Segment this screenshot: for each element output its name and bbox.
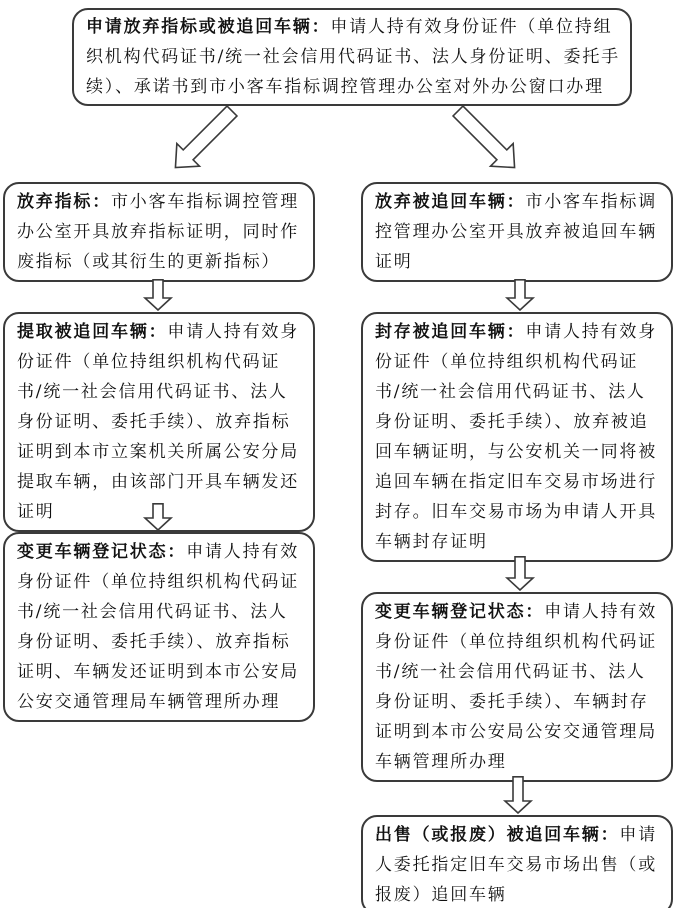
down-arrow-icon — [140, 279, 176, 311]
flowchart-canvas: 申请放弃指标或被追回车辆：申请人持有效身份证件（单位持组织机构代码证书/统一社会… — [0, 0, 679, 908]
branch-arrow-right-icon — [430, 105, 530, 180]
flow-node-apply: 申请放弃指标或被追回车辆：申请人持有效身份证件（单位持组织机构代码证书/统一社会… — [72, 8, 632, 106]
flow-node-sell-or-scrap-title: 出售（或报废）被追回车辆： — [375, 825, 619, 845]
flow-node-change-registration-right-title: 变更车辆登记状态： — [375, 602, 544, 622]
down-arrow-icon — [502, 279, 538, 311]
flow-node-retrieve-vehicle-body: 申请人持有效身份证件（单位持组织机构代码证书/统一社会信用代码证书、法人身份证明… — [17, 322, 299, 522]
down-arrow-icon — [500, 776, 536, 814]
branch-arrow-left-icon — [160, 105, 260, 180]
flow-node-give-up-quota: 放弃指标：市小客车指标调控管理办公室开具放弃指标证明，同时作废指标（或其衍生的更… — [3, 182, 315, 282]
flow-node-retrieve-vehicle: 提取被追回车辆：申请人持有效身份证件（单位持组织机构代码证书/统一社会信用代码证… — [3, 312, 315, 532]
flow-node-change-registration-right-body: 申请人持有效身份证件（单位持组织机构代码证书/统一社会信用代码证书、法人身份证明… — [375, 602, 657, 772]
flow-node-change-registration-left-title: 变更车辆登记状态： — [17, 542, 186, 562]
down-arrow-icon — [140, 503, 176, 531]
flow-node-give-up-recovered-vehicle: 放弃被追回车辆：市小客车指标调控管理办公室开具放弃被追回车辆证明 — [361, 182, 673, 282]
flow-node-apply-title: 申请放弃指标或被追回车辆： — [86, 17, 330, 37]
flow-node-retrieve-vehicle-title: 提取被追回车辆： — [17, 322, 167, 342]
flow-node-sell-or-scrap: 出售（或报废）被追回车辆：申请人委托指定旧车交易市场出售（或报废）追回车辆 — [361, 815, 673, 908]
flow-node-seal-vehicle-title: 封存被追回车辆： — [375, 322, 525, 342]
down-arrow-icon — [502, 556, 538, 591]
flow-node-seal-vehicle-body: 申请人持有效身份证件（单位持组织机构代码证书/统一社会信用代码证书、法人身份证明… — [375, 322, 657, 552]
flow-node-change-registration-left-body: 申请人持有效身份证件（单位持组织机构代码证书/统一社会信用代码证书、法人身份证明… — [17, 542, 299, 712]
flow-node-give-up-recovered-vehicle-title: 放弃被追回车辆： — [375, 192, 525, 212]
flow-node-give-up-quota-title: 放弃指标： — [17, 192, 111, 212]
flow-node-change-registration-right: 变更车辆登记状态：申请人持有效身份证件（单位持组织机构代码证书/统一社会信用代码… — [361, 592, 673, 782]
flow-node-seal-vehicle: 封存被追回车辆：申请人持有效身份证件（单位持组织机构代码证书/统一社会信用代码证… — [361, 312, 673, 562]
flow-node-change-registration-left: 变更车辆登记状态：申请人持有效身份证件（单位持组织机构代码证书/统一社会信用代码… — [3, 532, 315, 722]
